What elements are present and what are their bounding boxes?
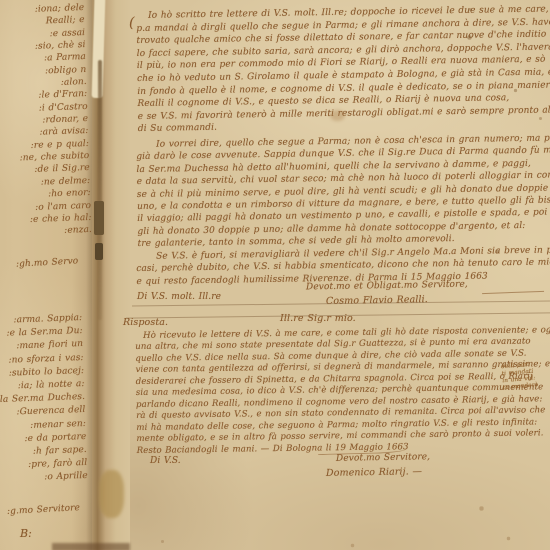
letter1-paragraph2: Io vorrei dire, quello che segue a Parma… — [136, 132, 550, 250]
letter1-signature: Cosmo Flavio Realli. — [326, 294, 428, 307]
gutter-crease-line — [98, 60, 102, 320]
paper-freckles — [0, 0, 1, 1]
letter2-valediction: Devot.mo Servitore, — [336, 452, 430, 464]
letter2-signature: Domenico Riarij. — — [326, 466, 422, 479]
letter2-salutation: Ill.re Sig.r mio. — [280, 313, 356, 324]
gutter-torn-fragment — [95, 243, 103, 260]
margin-note: delli par:ti mandatiin una vol:ta mander… — [501, 360, 550, 392]
paper-blotch — [330, 110, 345, 121]
manuscript-line-fragment: :enza. — [0, 224, 92, 242]
letter2-heading: Risposta. — [123, 317, 168, 328]
facing-page-closing-fragment-2: :g.mo Servitore — [7, 503, 80, 517]
manuscript-page: ( Io hò scritto tre lettere di V.S. molt… — [130, 0, 550, 550]
letter2-closing-address: Di V.S. — [150, 456, 181, 466]
facing-page-edge: :iona; deleRealli; e:e assai:sio, chè si… — [0, 0, 92, 550]
manuscript-line-fragment: :o Aprille — [0, 470, 88, 489]
letter1-closing-address: Di V.S. molt. Ill.re — [137, 292, 221, 302]
letter2-body: Hò ricevuto le lettere di V.S. à me care… — [135, 325, 550, 457]
facing-page-postscript-mark: B: — [20, 527, 32, 540]
gutter-stain — [99, 470, 124, 518]
facing-page-closing-fragment: :gh.mo Servo — [15, 256, 78, 269]
facing-page-line-fragments: :iona; deleRealli; e:e assai:sio, chè si… — [0, 2, 92, 242]
pen-flourish-mark: ( — [129, 15, 135, 31]
letter1-valediction: Devot.mo et Obligat.mo Servitore, — [306, 280, 468, 293]
photo-edge-shadow — [52, 543, 130, 550]
gutter-torn-fragment — [94, 201, 104, 235]
date-underline-flourish — [482, 288, 544, 294]
facing-page-line-fragments-2: :arma. Sappia::e la Ser.ma Du::mane fior… — [0, 312, 88, 489]
manuscript-spread: :iona; deleRealli; e:e assai:sio, chè si… — [0, 0, 550, 550]
